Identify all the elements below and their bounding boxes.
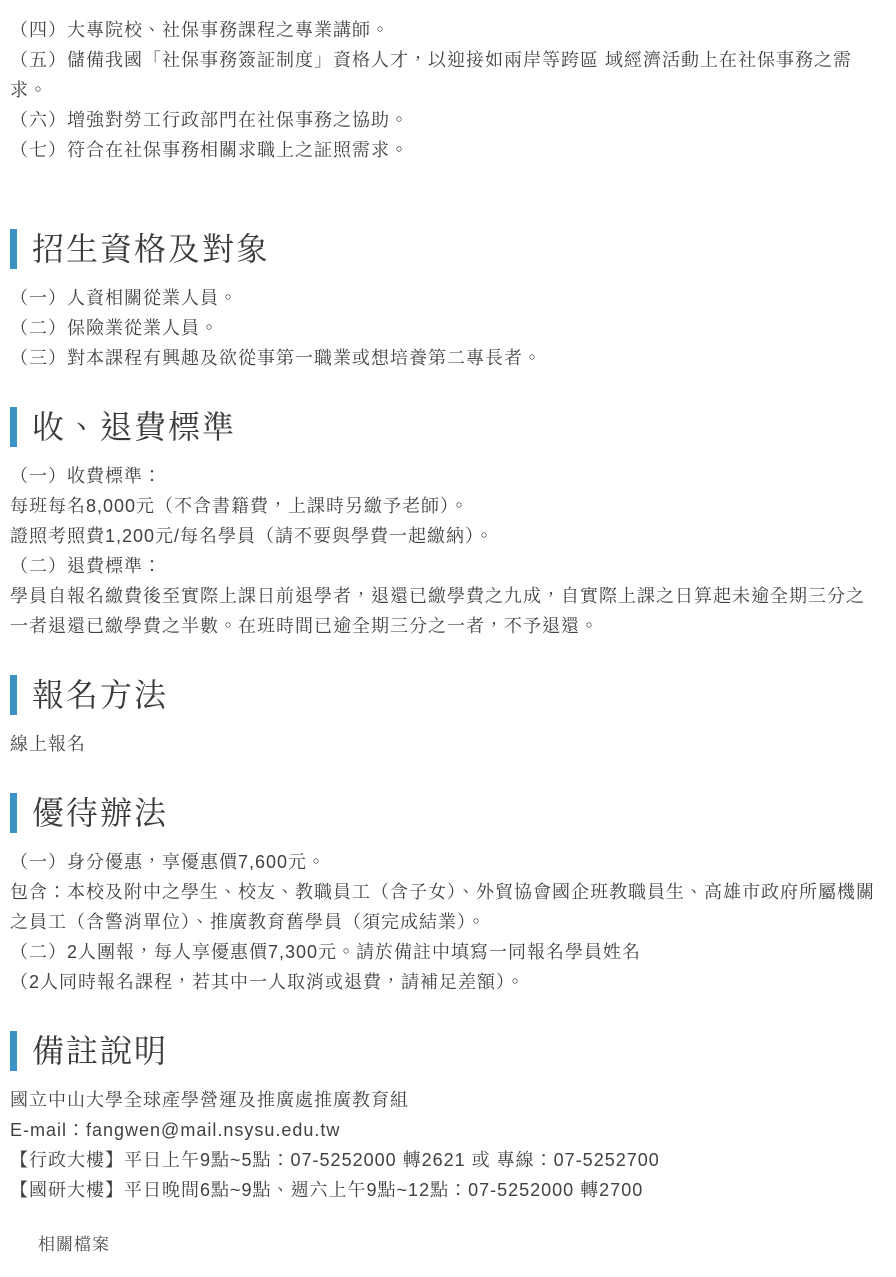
- list-item: （三）對本課程有興趣及欲從事第一職業或想培養第二專長者。: [10, 343, 882, 373]
- section-heading: 招生資格及對象: [10, 229, 882, 269]
- section-remarks: 備註說明 國立中山大學全球產學營運及推廣處推廣教育組 E-mail：fangwe…: [10, 1031, 882, 1205]
- intro-item: （七）符合在社保事務相關求職上之証照需求。: [10, 135, 882, 165]
- heading-accent-bar: [10, 407, 17, 447]
- related-files-label: 相關檔案: [38, 1230, 882, 1260]
- section-heading: 優待辦法: [10, 793, 882, 833]
- section-fees-and-refunds: 收、退費標準 （一）收費標準： 每班每名8,000元（不含書籍費，上課時另繳予老…: [10, 407, 882, 641]
- remark-phone-admin-building: 【行政大樓】平日上午9點~5點：07-5252000 轉2621 或 專線：07…: [10, 1145, 882, 1175]
- section-title: 備註說明: [32, 1031, 168, 1071]
- section-admission-eligibility: 招生資格及對象 （一）人資相關從業人員。 （二）保險業從業人員。 （三）對本課程…: [10, 229, 882, 373]
- list-item: （一）身分優惠，享優惠價7,600元。: [10, 847, 882, 877]
- list-item: （二）2人團報，每人享優惠價7,300元。請於備註中填寫一同報名學員姓名: [10, 937, 882, 967]
- section-heading: 收、退費標準: [10, 407, 882, 447]
- intro-item: （五）儲備我國「社保事務簽証制度」資格人才，以迎接如兩岸等跨區 域經濟活動上在社…: [10, 45, 882, 105]
- list-item: 包含：本校及附中之學生、校友、教職員工（含子女）、外貿協會國企班教職員生、高雄市…: [10, 877, 882, 937]
- list-item: 線上報名: [10, 729, 882, 759]
- list-item: （二）保險業從業人員。: [10, 313, 882, 343]
- remark-org-name: 國立中山大學全球產學營運及推廣處推廣教育組: [10, 1085, 882, 1115]
- section-title: 招生資格及對象: [32, 229, 270, 269]
- section-discounts: 優待辦法 （一）身分優惠，享優惠價7,600元。 包含：本校及附中之學生、校友、…: [10, 793, 882, 997]
- heading-accent-bar: [10, 793, 17, 833]
- list-item: 證照考照費1,200元/每名學員（請不要與學費一起繳納）。: [10, 521, 882, 551]
- page-content: （四）大專院校、社保事務課程之專業講師。 （五）儲備我國「社保事務簽証制度」資格…: [0, 0, 896, 1260]
- section-heading: 報名方法: [10, 675, 882, 715]
- list-item: 每班每名8,000元（不含書籍費，上課時另繳予老師）。: [10, 491, 882, 521]
- list-item: （2人同時報名課程，若其中一人取消或退費，請補足差額）。: [10, 967, 882, 997]
- remark-email: E-mail：fangwen@mail.nsysu.edu.tw: [10, 1115, 882, 1145]
- intro-item: （四）大專院校、社保事務課程之專業講師。: [10, 15, 882, 45]
- heading-accent-bar: [10, 1031, 17, 1071]
- intro-item: （六）增強對勞工行政部門在社保事務之協助。: [10, 105, 882, 135]
- section-title: 優待辦法: [32, 793, 168, 833]
- list-item: （一）人資相關從業人員。: [10, 283, 882, 313]
- section-title: 報名方法: [32, 675, 168, 715]
- list-item: （二）退費標準：: [10, 551, 882, 581]
- section-heading: 備註說明: [10, 1031, 882, 1071]
- section-registration-method: 報名方法 線上報名: [10, 675, 882, 759]
- intro-list: （四）大專院校、社保事務課程之專業講師。 （五）儲備我國「社保事務簽証制度」資格…: [10, 15, 882, 195]
- heading-accent-bar: [10, 675, 17, 715]
- list-item: （一）收費標準：: [10, 461, 882, 491]
- remark-phone-research-building: 【國研大樓】平日晚間6點~9點、週六上午9點~12點：07-5252000 轉2…: [10, 1175, 882, 1205]
- heading-accent-bar: [10, 229, 17, 269]
- section-title: 收、退費標準: [32, 407, 236, 447]
- list-item: 學員自報名繳費後至實際上課日前退學者，退還已繳學費之九成，自實際上課之日算起未逾…: [10, 581, 882, 641]
